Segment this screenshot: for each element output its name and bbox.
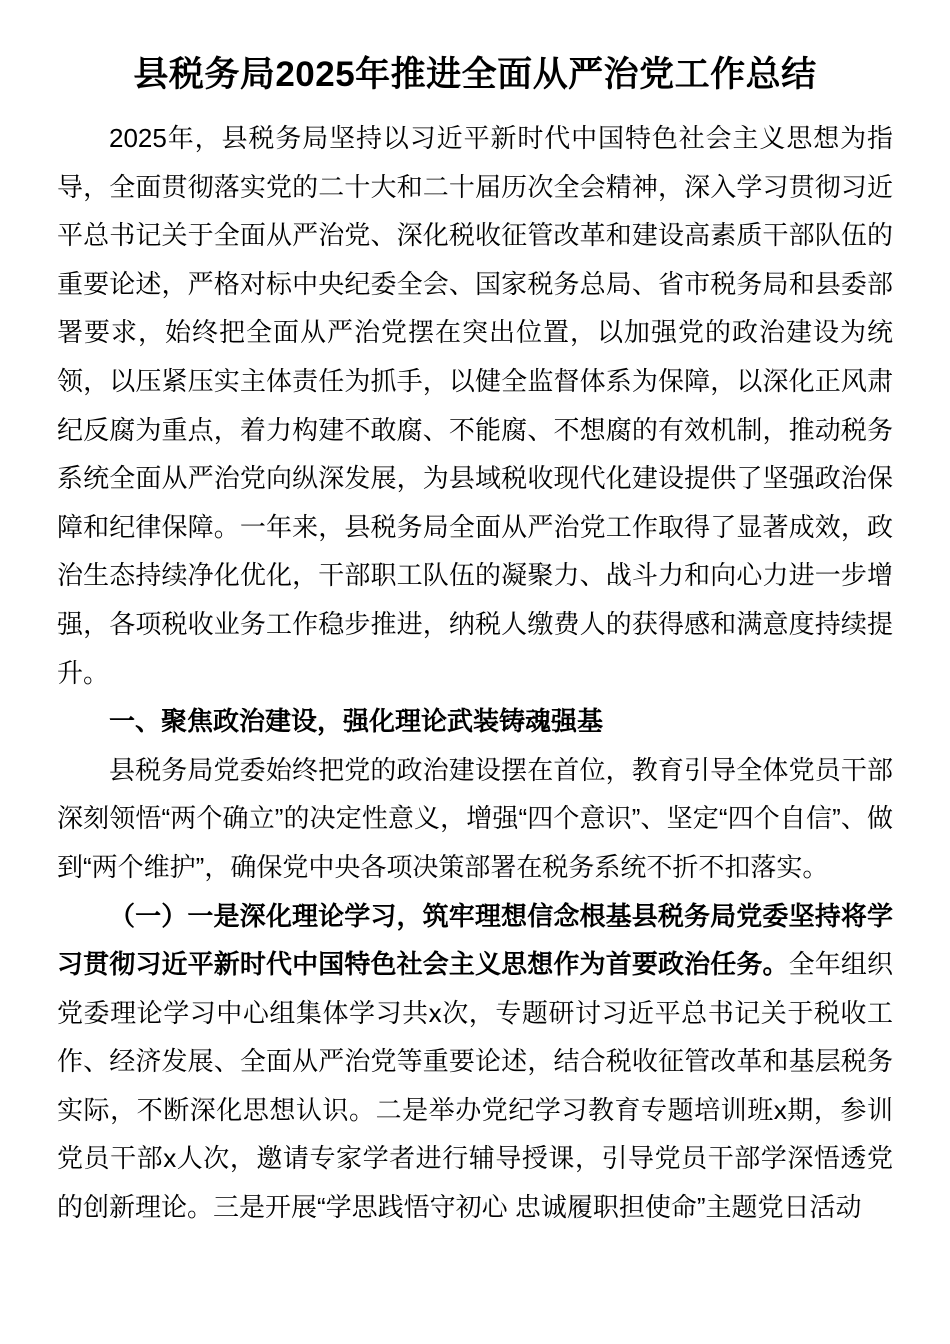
paragraph-theory-study: （一）一是深化理论学习，筑牢理想信念根基县税务局党委坚持将学习贯彻习近平新时代中… — [57, 892, 893, 1232]
document-page: 县税务局2025年推进全面从严治党工作总结 2025年，县税务局坚持以习近平新时… — [0, 0, 950, 1344]
section-heading-political-building: 一、聚焦政治建设，强化理论武装铸魂强基 — [57, 697, 893, 746]
paragraph-intro: 2025年，县税务局坚持以习近平新时代中国特色社会主义思想为指导，全面贯彻落实党… — [57, 114, 893, 697]
document-title: 县税务局2025年推进全面从严治党工作总结 — [57, 52, 893, 98]
paragraph-theory-study-body: 全年组织党委理论学习中心组集体学习共x次，专题研讨习近平总书记关于税收工作、经济… — [57, 949, 893, 1222]
paragraph-political-building: 县税务局党委始终把党的政治建设摆在首位，教育引导全体党员干部深刻领悟“两个确立”… — [57, 746, 893, 892]
paragraph-theory-study-bold-lead: （一）一是深化理论学习，筑牢理想信念根基县税务局党委坚持将学习贯彻习近平新时代中… — [57, 901, 893, 980]
